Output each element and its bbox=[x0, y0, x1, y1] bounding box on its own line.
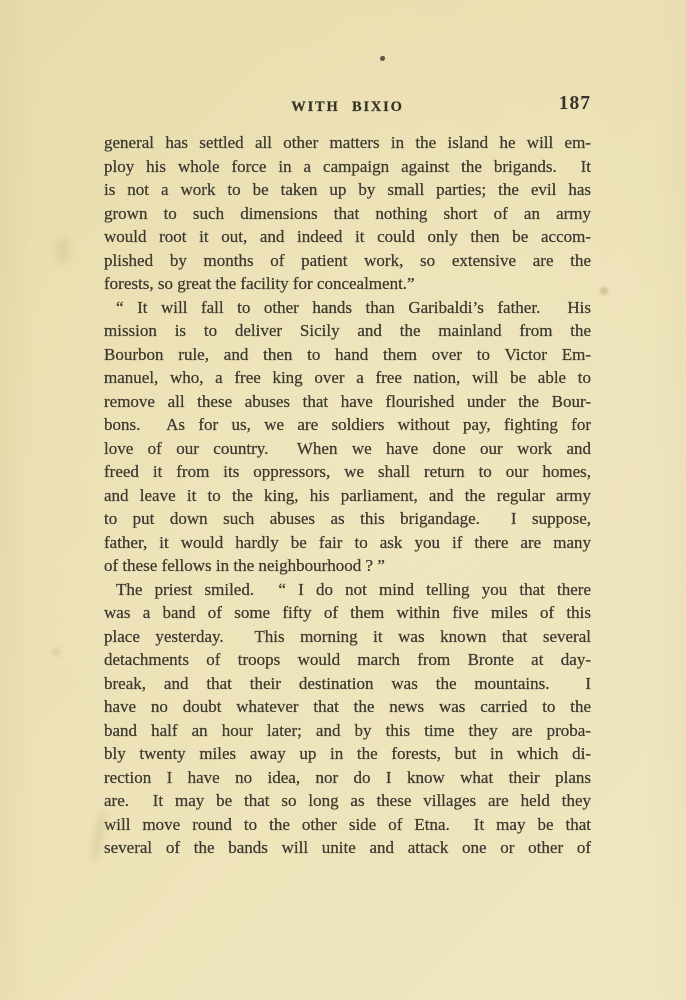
text-line: was a band of some fifty of them within … bbox=[104, 601, 591, 625]
text-line: Bourbon rule, and then to hand them over… bbox=[104, 343, 591, 367]
text-line: will move round to the other side of Etn… bbox=[104, 813, 591, 837]
text-line: rection I have no idea, nor do I know wh… bbox=[104, 766, 591, 790]
margin-smudge bbox=[54, 236, 70, 264]
margin-smudge bbox=[52, 648, 61, 657]
text-line: freed it from its oppressors, we shall r… bbox=[104, 460, 591, 484]
text-line: break, and that their destination was th… bbox=[104, 672, 591, 696]
text-line: to put down such abuses as this briganda… bbox=[104, 507, 591, 531]
running-head-title: WITH BIXIO bbox=[104, 99, 591, 116]
text-line: several of the bands will unite and atta… bbox=[104, 836, 591, 860]
text-line: love of our country. When we have done o… bbox=[104, 437, 591, 461]
text-line: mission is to deliver Sicily and the mai… bbox=[104, 319, 591, 343]
ink-speck bbox=[380, 56, 385, 61]
text-line: plished by months of patient work, so ex… bbox=[104, 249, 591, 273]
text-line: manuel, who, a free king over a free nat… bbox=[104, 366, 591, 390]
book-page-scan: WITH BIXIO 187 general has settled all o… bbox=[0, 0, 686, 1000]
page-text: general has settled all other matters in… bbox=[104, 131, 591, 860]
page-number: 187 bbox=[559, 93, 591, 115]
text-line: and leave it to the king, his parliament… bbox=[104, 484, 591, 508]
running-head: WITH BIXIO 187 bbox=[104, 95, 591, 119]
text-line: is not a work to be taken up by small pa… bbox=[104, 178, 591, 202]
text-line: The priest smiled. “ I do not mind telli… bbox=[104, 578, 591, 602]
text-line: general has settled all other matters in… bbox=[104, 131, 591, 155]
text-line: remove all these abuses that have flouri… bbox=[104, 390, 591, 414]
text-line: are. It may be that so long as these vil… bbox=[104, 789, 591, 813]
text-line: bons. As for us, we are soldiers without… bbox=[104, 413, 591, 437]
text-line: of these fellows in the neighbourhood ? … bbox=[104, 554, 591, 578]
text-line: bly twenty miles away up in the forests,… bbox=[104, 742, 591, 766]
text-line: have no doubt whatever that the news was… bbox=[104, 695, 591, 719]
text-line: detachments of troops would march from B… bbox=[104, 648, 591, 672]
text-line: band half an hour later; and by this tim… bbox=[104, 719, 591, 743]
text-line: forests, so great the facility for conce… bbox=[104, 272, 591, 296]
text-line: ploy his whole force in a campaign again… bbox=[104, 155, 591, 179]
paper-stain bbox=[600, 287, 608, 295]
text-line: grown to such dimensions that nothing sh… bbox=[104, 202, 591, 226]
text-line: father, it would hardly be fair to ask y… bbox=[104, 531, 591, 555]
text-line: would root it out, and indeed it could o… bbox=[104, 225, 591, 249]
text-line: “ It will fall to other hands than Garib… bbox=[104, 296, 591, 320]
text-line: place yesterday. This morning it was kno… bbox=[104, 625, 591, 649]
